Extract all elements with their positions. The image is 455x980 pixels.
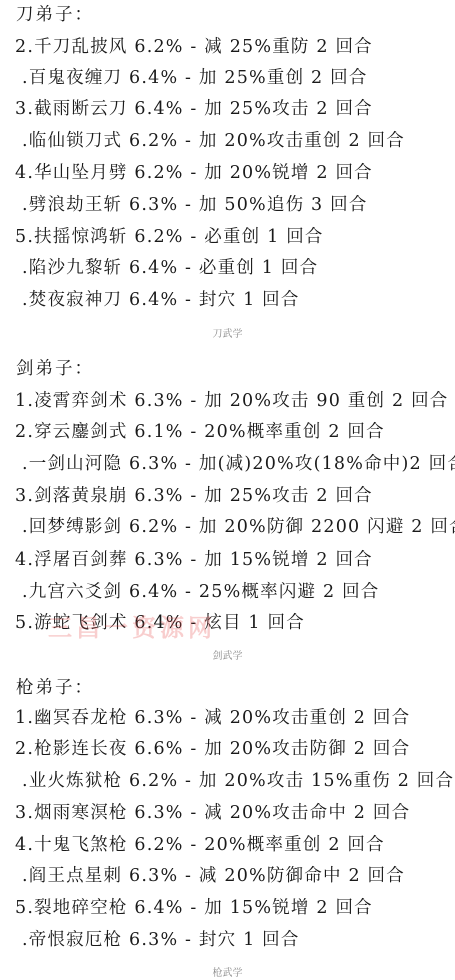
section-heading-blade: 刀弟子： xyxy=(16,4,94,26)
image-caption: 枪武学 xyxy=(0,968,455,980)
skill-line: 2.枪影连长夜 6.6% - 加 20%攻击防御 2 回合 xyxy=(15,738,410,760)
skill-line: 5.裂地碎空枪 6.4% - 加 15%锐增 2 回合 xyxy=(15,897,373,919)
document: 刀弟子： 2.千刀乱披风 6.2% - 减 25%重防 2 回合 .百鬼夜缠刀 … xyxy=(0,0,455,980)
section-heading-sword: 剑弟子： xyxy=(16,358,94,380)
skill-line: 2.穿云鏖剑式 6.1% - 20%概率重创 2 回合 xyxy=(15,421,385,443)
skill-line: 4.浮屠百剑葬 6.3% - 加 15%锐增 2 回合 xyxy=(15,549,373,571)
image-caption: 剑武学 xyxy=(0,651,455,663)
skill-line: .劈浪劫王斩 6.3% - 加 50%追伤 3 回合 xyxy=(22,194,368,216)
skill-line: .回梦缚影剑 6.2% - 加 20%防御 2200 闪避 2 回合 xyxy=(22,516,455,538)
skill-line: 3.剑落黄泉崩 6.3% - 加 25%攻击 2 回合 xyxy=(15,485,373,507)
skill-line: 5.扶摇惊鸿斩 6.2% - 必重创 1 回合 xyxy=(15,226,324,248)
skill-line: .焚夜寂神刀 6.4% - 封穴 1 回合 xyxy=(22,289,300,311)
skill-line: 4.华山坠月劈 6.2% - 加 20%锐增 2 回合 xyxy=(15,162,373,184)
skill-line: .陷沙九黎斩 6.4% - 必重创 1 回合 xyxy=(22,257,318,279)
skill-line: .一剑山河隐 6.3% - 加(减)20%攻(18%命中)2 回合 xyxy=(22,453,455,475)
skill-line: .阎王点星刺 6.3% - 减 20%防御命中 2 回合 xyxy=(22,865,405,887)
skill-line: .百鬼夜缠刀 6.4% - 加 25%重创 2 回合 xyxy=(22,67,368,89)
image-caption: 刀武学 xyxy=(0,329,455,341)
skill-line: .业火炼狱枪 6.2% - 加 20%攻击 15%重伤 2 回合 xyxy=(22,770,454,792)
skill-line: 1.凌霄弈剑术 6.3% - 加 20%攻击 90 重创 2 回合 xyxy=(15,390,448,412)
skill-line: .九宫六爻剑 6.4% - 25%概率闪避 2 回合 xyxy=(22,581,379,603)
skill-line: 2.千刀乱披风 6.2% - 减 25%重防 2 回合 xyxy=(15,36,373,58)
skill-line: 1.幽冥吞龙枪 6.3% - 减 20%攻击重创 2 回合 xyxy=(15,707,410,729)
skill-line: .临仙锁刀式 6.2% - 加 20%攻击重创 2 回合 xyxy=(22,130,405,152)
section-heading-spear: 枪弟子： xyxy=(16,677,94,699)
skill-line: 3.截雨断云刀 6.4% - 加 25%攻击 2 回合 xyxy=(15,98,373,120)
skill-line: .帝恨寂厄枪 6.3% - 封穴 1 回合 xyxy=(22,929,300,951)
skill-line: 3.烟雨寒溟枪 6.3% - 减 20%攻击命中 2 回合 xyxy=(15,802,410,824)
skill-line: 4.十鬼飞煞枪 6.2% - 20%概率重创 2 回合 xyxy=(15,834,385,856)
skill-line: 5.游蛇飞剑术 6.4% - 炫目 1 回合 xyxy=(15,612,305,634)
